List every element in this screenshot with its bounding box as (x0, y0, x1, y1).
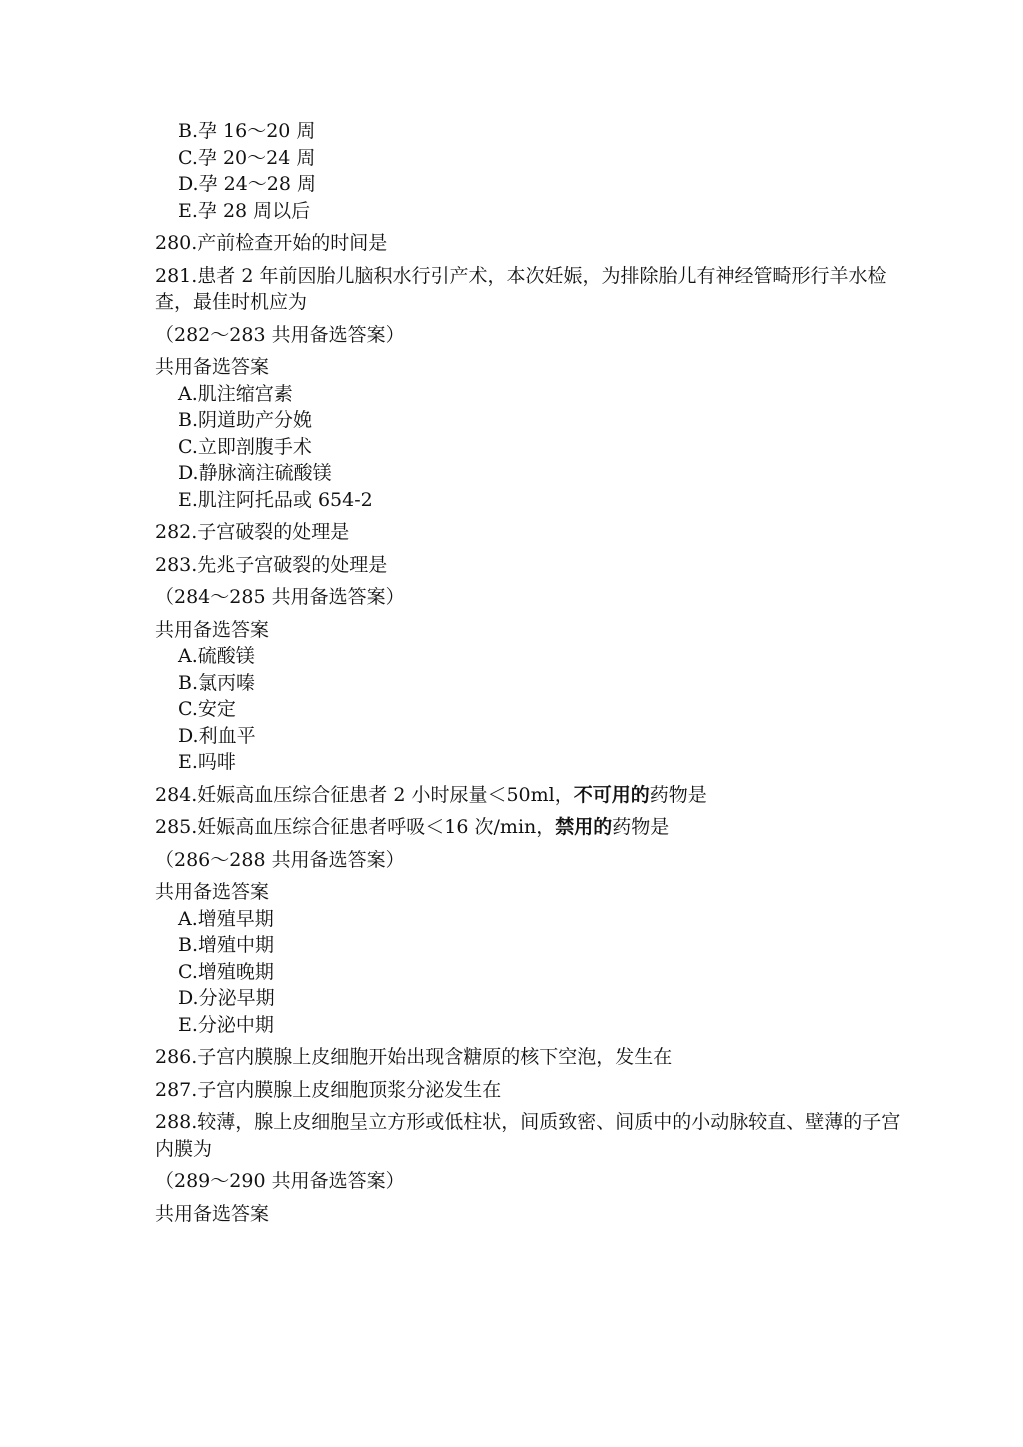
question-paragraph: 285.妊娠高血压综合征患者呼吸＜16 次/min，禁用的药物是 (155, 814, 905, 841)
answer-group-label: 共用备选答案 (155, 879, 905, 906)
question-paragraph: 283.先兆子宫破裂的处理是 (155, 552, 905, 579)
shared-answer-group-header: （289～290 共用备选答案） (155, 1168, 905, 1195)
question-paragraph: 288.较薄，腺上皮细胞呈立方形或低柱状，间质致密、间质中的小动脉较直、壁薄的子… (155, 1109, 905, 1162)
text-segment: 查，最佳时机应为 (155, 291, 307, 313)
option-item: C.立即剖腹手术 (155, 434, 905, 461)
shared-answer-group-header: （286～288 共用备选答案） (155, 847, 905, 874)
text-segment: 280.产前检查开始的时间是 (155, 232, 387, 254)
option-item: E.肌注阿托品或 654-2 (155, 487, 905, 514)
question-paragraph: 281.患者 2 年前因胎儿脑积水行引产术，本次妊娠，为排除胎儿有神经管畸形行羊… (155, 263, 905, 316)
document-page: B.孕 16～20 周C.孕 20～24 周D.孕 24～28 周E.孕 28 … (0, 0, 1023, 1447)
option-item: A.肌注缩宫素 (155, 381, 905, 408)
text-segment: （289～290 共用备选答案） (155, 1170, 405, 1192)
text-segment: 285.妊娠高血压综合征患者呼吸＜16 次/min， (155, 816, 555, 838)
question-paragraph: 287.子宫内膜腺上皮细胞顶浆分泌发生在 (155, 1077, 905, 1104)
option-item: D.分泌早期 (155, 985, 905, 1012)
text-segment: 内膜为 (155, 1138, 212, 1160)
option-item: E.孕 28 周以后 (155, 198, 905, 225)
question-paragraph: 284.妊娠高血压综合征患者 2 小时尿量＜50ml，不可用的药物是 (155, 782, 905, 809)
answer-options-group: 共用备选答案A.硫酸镁B.氯丙嗪C.安定D.利血平E.吗啡 (155, 617, 905, 776)
text-segment: 284.妊娠高血压综合征患者 2 小时尿量＜50ml， (155, 784, 574, 806)
text-segment: 283.先兆子宫破裂的处理是 (155, 554, 387, 576)
text-segment: 282.子宫破裂的处理是 (155, 521, 349, 543)
option-item: E.吗啡 (155, 749, 905, 776)
question-paragraph: 共用备选答案 (155, 1201, 905, 1228)
text-segment: 药物是 (612, 816, 669, 838)
option-item: D.孕 24～28 周 (155, 171, 905, 198)
answer-group-label: 共用备选答案 (155, 354, 905, 381)
text-segment: （286～288 共用备选答案） (155, 849, 405, 871)
option-item: B.氯丙嗪 (155, 670, 905, 697)
emphasized-text: 禁用的 (555, 816, 612, 838)
shared-answer-group-header: （282～283 共用备选答案） (155, 322, 905, 349)
answer-group-label: 共用备选答案 (155, 617, 905, 644)
option-item: D.静脉滴注硫酸镁 (155, 460, 905, 487)
text-segment: 288.较薄，腺上皮细胞呈立方形或低柱状，间质致密、间质中的小动脉较直、壁薄的子… (155, 1111, 900, 1133)
emphasized-text: 不可用的 (574, 784, 650, 806)
option-item: D.利血平 (155, 723, 905, 750)
question-paragraph: 286.子宫内膜腺上皮细胞开始出现含糖原的核下空泡，发生在 (155, 1044, 905, 1071)
shared-answer-group-header: （284～285 共用备选答案） (155, 584, 905, 611)
option-item: A.硫酸镁 (155, 643, 905, 670)
option-item: C.安定 (155, 696, 905, 723)
option-item: B.孕 16～20 周 (155, 118, 905, 145)
answer-options-group: 共用备选答案A.肌注缩宫素B.阴道助产分娩C.立即剖腹手术D.静脉滴注硫酸镁E.… (155, 354, 905, 513)
option-item: C.增殖晚期 (155, 959, 905, 986)
text-segment: 286.子宫内膜腺上皮细胞开始出现含糖原的核下空泡，发生在 (155, 1046, 672, 1068)
option-item: E.分泌中期 (155, 1012, 905, 1039)
text-segment: 共用备选答案 (155, 1203, 269, 1225)
text-segment: 287.子宫内膜腺上皮细胞顶浆分泌发生在 (155, 1079, 501, 1101)
option-item: C.孕 20～24 周 (155, 145, 905, 172)
option-item: B.阴道助产分娩 (155, 407, 905, 434)
question-paragraph: 282.子宫破裂的处理是 (155, 519, 905, 546)
answer-options-group: 共用备选答案A.增殖早期B.增殖中期C.增殖晚期D.分泌早期E.分泌中期 (155, 879, 905, 1038)
text-segment: （284～285 共用备选答案） (155, 586, 405, 608)
question-paragraph: 280.产前检查开始的时间是 (155, 230, 905, 257)
text-segment: （282～283 共用备选答案） (155, 324, 405, 346)
option-item: A.增殖早期 (155, 906, 905, 933)
option-item: B.增殖中期 (155, 932, 905, 959)
answer-options-group: B.孕 16～20 周C.孕 20～24 周D.孕 24～28 周E.孕 28 … (155, 118, 905, 224)
text-segment: 药物是 (650, 784, 707, 806)
text-segment: 281.患者 2 年前因胎儿脑积水行引产术，本次妊娠，为排除胎儿有神经管畸形行羊… (155, 265, 886, 287)
